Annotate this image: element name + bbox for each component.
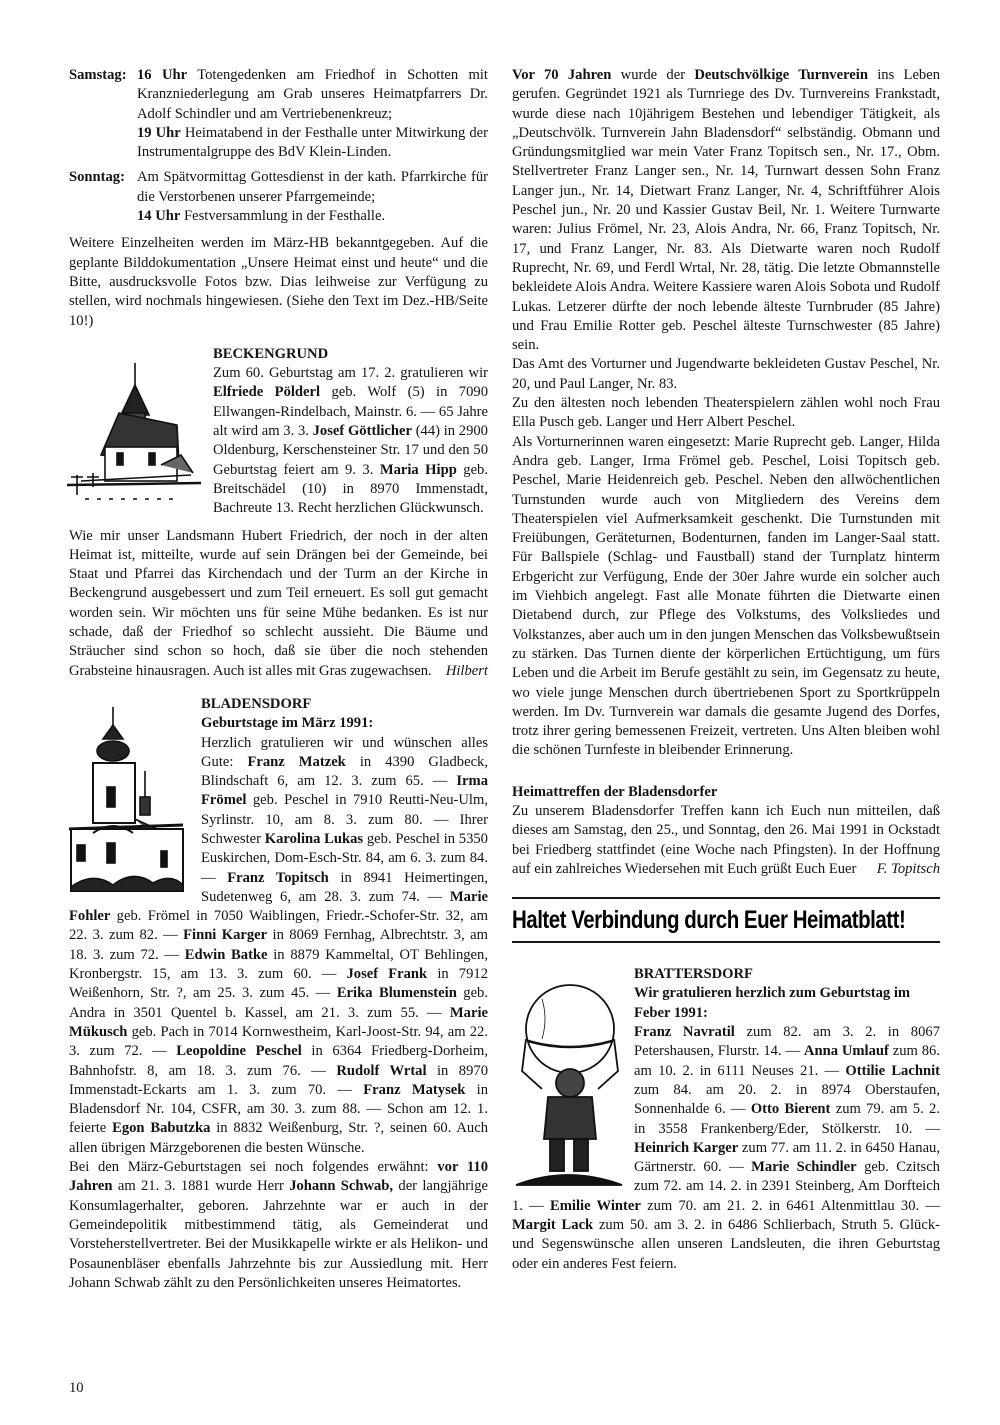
- program-saturday: Samstag: 16 Uhr Totengedenken am Friedho…: [69, 66, 488, 162]
- person-name: Emilie Winter: [550, 1198, 641, 1214]
- person-name: Franz Matzek: [247, 754, 345, 770]
- person-name: Edwin Batke: [185, 947, 268, 963]
- person-name: Ottilie Lachnit: [845, 1063, 940, 1079]
- time: 16 Uhr: [137, 67, 187, 83]
- church-icon: [63, 701, 193, 893]
- turnverein-p2: Das Amt des Vorturner und Jugendwarte be…: [512, 355, 940, 394]
- right-column: Vor 70 Jahren wurde der Deutschvölkige T…: [512, 66, 940, 1274]
- chapel-illustration: [61, 355, 207, 503]
- turnverein-p4: Als Vorturnerinnen waren eingesetzt: Mar…: [512, 433, 940, 761]
- person-name: Johann Schwab,: [289, 1178, 393, 1194]
- section-heading: Heimattreffen der Bladensdorfer: [512, 783, 940, 802]
- signature: F. Topitsch: [877, 860, 940, 879]
- person-name: Maria Hipp: [380, 462, 457, 478]
- time: 19 Uhr: [137, 125, 181, 141]
- person-name: Josef Göttlicher: [313, 423, 412, 439]
- slogan-banner: Haltet Verbindung durch Euer Heimatblatt…: [512, 897, 940, 943]
- schwab-article: Bei den März-Geburtstagen sei noch folge…: [69, 1158, 488, 1293]
- turnverein-p3: Zu den ältesten noch lebenden Theaterspi…: [512, 394, 940, 433]
- sunday-text: Am Spätvormittag Gottesdienst in der kat…: [137, 168, 488, 226]
- person-name: Margit Lack: [512, 1217, 593, 1233]
- page-number: 10: [69, 1379, 84, 1398]
- person-name: Karolina Lukas: [265, 831, 363, 847]
- person-name: Josef Frank: [346, 966, 427, 982]
- person-name: Rudolf Wrtal: [336, 1063, 426, 1079]
- section-beckengrund: BECKENGRUND Zum 60. Geburtstag am 17. 2.…: [69, 345, 488, 681]
- atlas-illustration: [512, 979, 624, 1189]
- left-column: Samstag: 16 Uhr Totengedenken am Friedho…: [69, 66, 488, 1293]
- atlas-figure-icon: [512, 979, 624, 1189]
- time: 14 Uhr: [137, 208, 180, 224]
- person-name: Franz Navratil: [634, 1024, 735, 1040]
- person-name: Leopoldine Peschel: [176, 1043, 302, 1059]
- person-name: Otto Bierent: [751, 1101, 831, 1117]
- turnverein-article: Vor 70 Jahren wurde der Deutschvölkige T…: [512, 66, 940, 355]
- signature: Hilbert: [446, 662, 488, 681]
- person-name: Heinrich Karger: [634, 1140, 738, 1156]
- chapel-icon: [61, 355, 207, 503]
- person-name: Elfriede Pölderl: [213, 384, 320, 400]
- person-name: Egon Babutzka: [112, 1120, 210, 1136]
- person-name: Anna Umlauf: [804, 1043, 889, 1059]
- person-name: Franz Topitsch: [227, 870, 329, 886]
- person-name: Erika Blumenstein: [337, 985, 457, 1001]
- program-note: Weitere Einzelheiten werden im März-HB b…: [69, 234, 488, 330]
- person-name: Franz Matysek: [363, 1082, 465, 1098]
- day-label: Sonntag:: [69, 168, 137, 226]
- day-label: Samstag:: [69, 66, 137, 162]
- person-name: Finni Karger: [183, 927, 267, 943]
- section-heimattreffen: Heimattreffen der Bladensdorfer Zu unser…: [512, 783, 940, 879]
- program-sunday: Sonntag: Am Spätvormittag Gottesdienst i…: [69, 168, 488, 226]
- person-name: Marie Schindler: [751, 1159, 857, 1175]
- church-illustration: [63, 701, 193, 893]
- saturday-text: 16 Uhr Totengedenken am Friedhof in Scho…: [137, 66, 488, 162]
- slogan-headline: Haltet Verbindung durch Euer Heimatblatt…: [512, 899, 863, 941]
- heimattreffen-text: Zu unserem Bladensdorfer Treffen kann ic…: [512, 802, 940, 879]
- section-bladensdorf: BLADENSDORF Geburtstage im März 1991: He…: [69, 695, 488, 1293]
- beckengrund-article: Wie mir unser Landsmann Hubert Friedrich…: [69, 527, 488, 681]
- section-brattersdorf: BRATTERSDORF Wir gratulieren herzlich zu…: [512, 965, 940, 1274]
